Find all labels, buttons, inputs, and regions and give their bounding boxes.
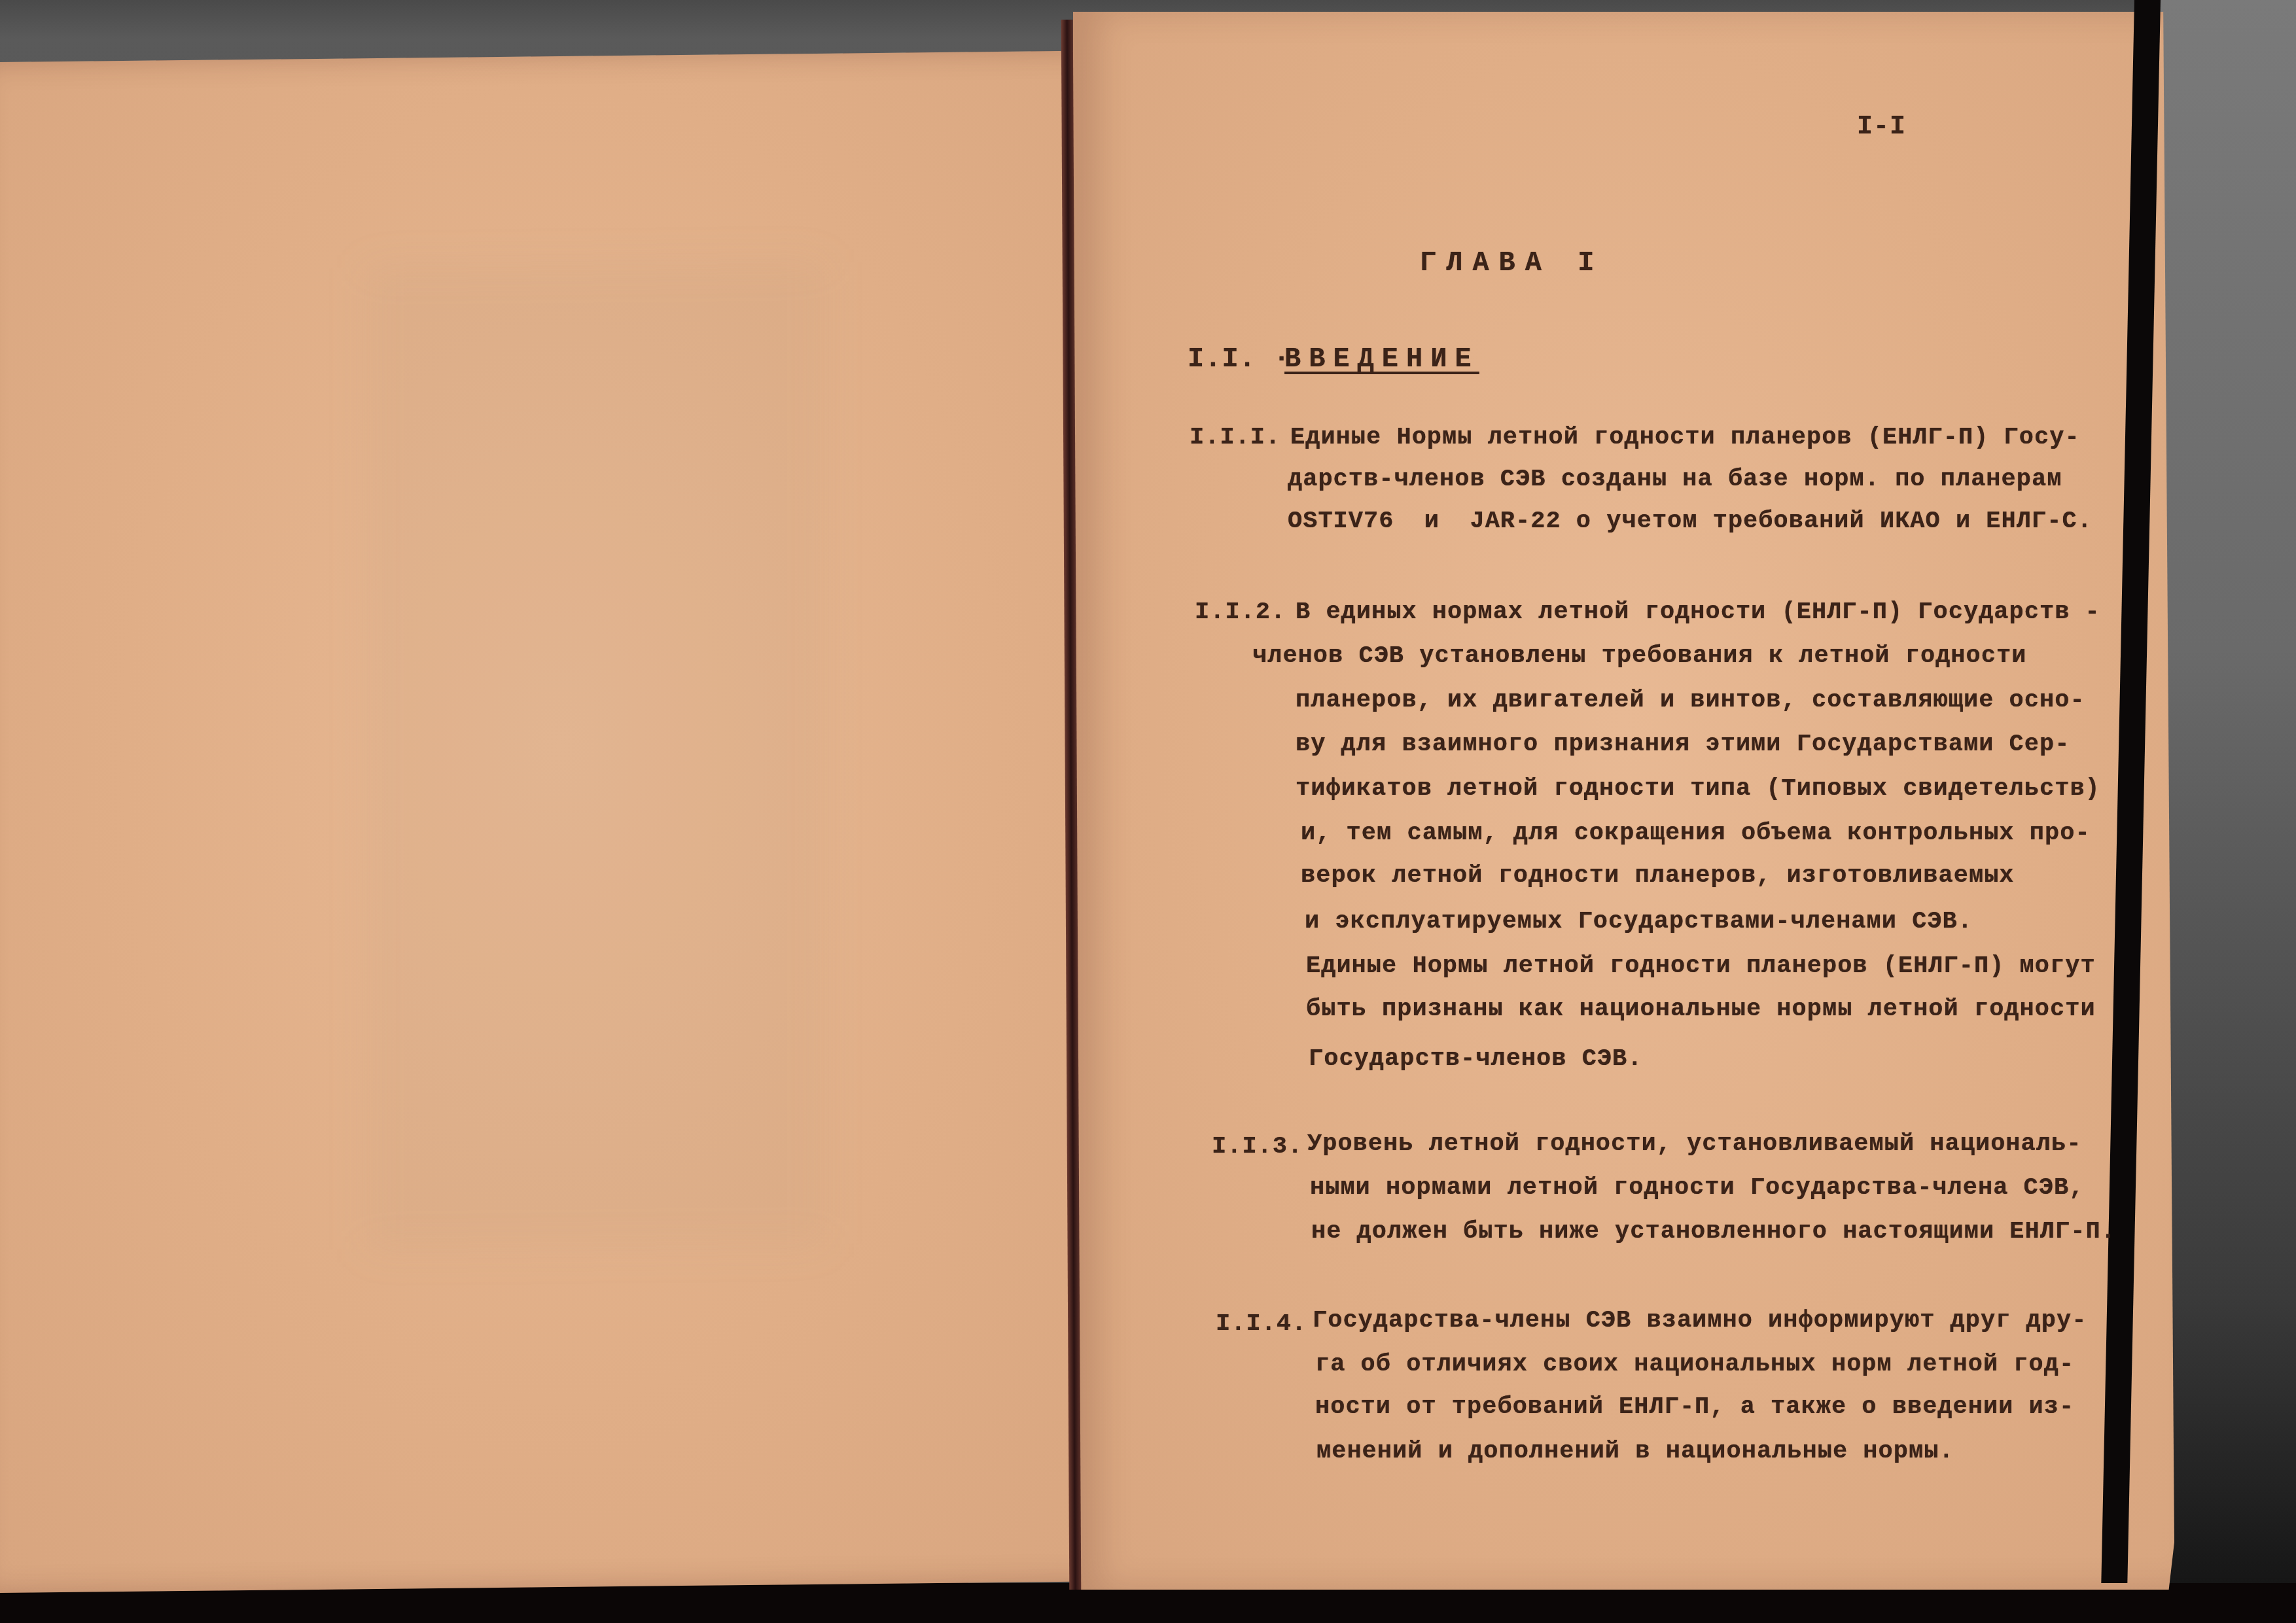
paragraph-line: тификатов летной годности типа (Типовых … <box>1296 775 2100 803</box>
section-title: ВВЕДЕНИЕ <box>1284 343 1479 375</box>
paragraph-line: Единые Нормы летной годности планеров (Е… <box>1306 952 2096 980</box>
section-number: I.I. · <box>1188 343 1290 375</box>
paragraph-line: ву для взаимного признания этими Государ… <box>1296 731 2070 758</box>
paragraph-line: планеров, их двигателей и винтов, состав… <box>1296 687 2085 714</box>
bleed-through-shadow <box>366 263 824 1249</box>
paragraph-number: I.I.3. <box>1212 1133 1303 1161</box>
background-right <box>2159 0 2296 1623</box>
paragraph-line: OSTIV76 и JAR-22 о учетом требований ИКА… <box>1288 508 2093 535</box>
paragraph-line: и эксплуатируемых Государствами-членами … <box>1305 908 1973 935</box>
paragraph-line: менений и дополнений в национальные норм… <box>1316 1438 1954 1465</box>
page-number: I-I <box>1857 113 1906 142</box>
paragraph-line: Единые Нормы летной годности планеров (Е… <box>1290 424 2080 451</box>
paragraph-line: Уровень летной годности, установливаемый… <box>1307 1130 2081 1158</box>
paragraph-number: I.I.2. <box>1195 599 1286 626</box>
paragraph-line: быть признаны как национальные нормы лет… <box>1306 996 2096 1023</box>
paragraph-line: Государства-члены СЭВ взаимно информирую… <box>1313 1307 2087 1335</box>
left-page-blank <box>0 50 1120 1593</box>
paragraph-line: верок летной годности планеров, изготовл… <box>1301 862 2015 890</box>
paragraph-line: Государств-членов СЭВ. <box>1309 1045 1642 1073</box>
paragraph-line: не должен быть ниже установленного насто… <box>1311 1218 2116 1246</box>
paragraph-line: В единых нормах летной годности (ЕНЛГ-П)… <box>1296 599 2100 626</box>
paragraph-line: и, тем самым, для сокращения объема конт… <box>1301 820 2091 847</box>
paragraph-line: дарств-членов СЭВ созданы на базе норм. … <box>1288 466 2062 493</box>
paragraph-line: ными нормами летной годности Государства… <box>1310 1174 2084 1202</box>
paragraph-line: ности от требований ЕНЛГ-П, а также о вв… <box>1315 1393 2074 1421</box>
chapter-heading: ГЛАВА I <box>1420 247 1604 279</box>
paragraph-number: I.I.4. <box>1216 1310 1307 1338</box>
paragraph-line: членов СЭВ установлены требования к летн… <box>1252 642 2026 670</box>
paragraph-number: I.I.I. <box>1190 424 1280 451</box>
paragraph-line: га об отличиях своих национальных норм л… <box>1315 1351 2074 1378</box>
